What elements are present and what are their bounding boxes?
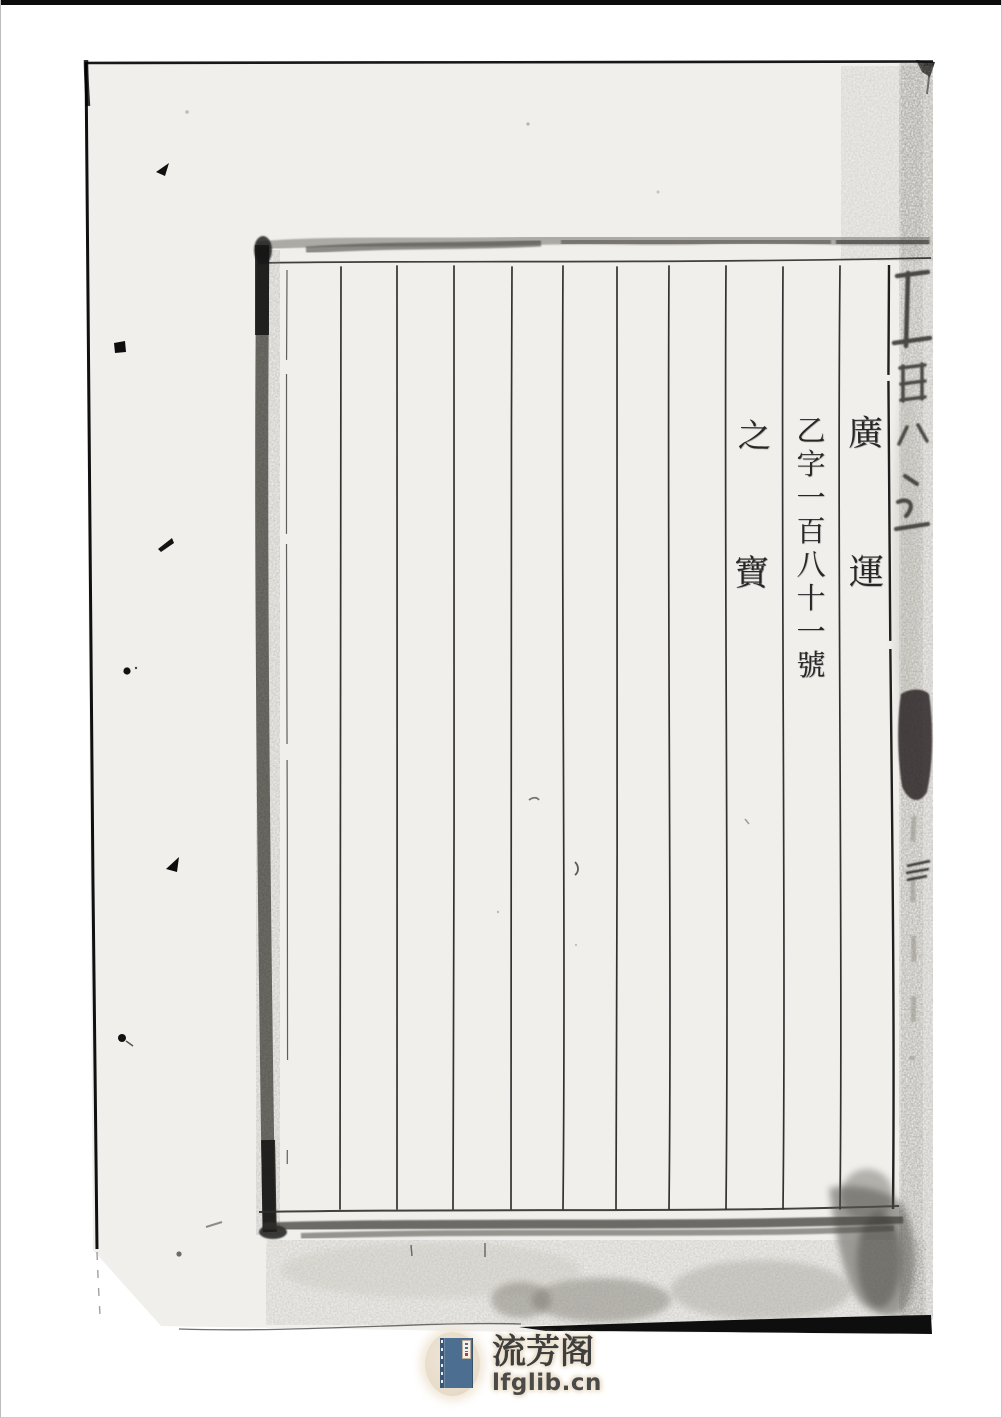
scan-artifacts-layer — [1, 0, 1002, 1418]
book-title-label — [462, 1340, 471, 1359]
seal-char-yun: 運 — [849, 556, 884, 591]
seal-char-guang: 廣 — [848, 417, 884, 453]
seal-char-zhi: 之 — [738, 419, 772, 453]
ruled-grid-frame — [254, 236, 931, 1239]
ink-specks — [114, 110, 749, 1256]
watermark-texts: 流芳阁 lfglib.cn — [492, 1332, 602, 1395]
site-watermark: 流芳阁 lfglib.cn — [425, 1332, 602, 1396]
watermark-site-name: 流芳阁 — [492, 1335, 602, 1369]
scanned-document-image: 廣 運 乙字一百八十一號 之 寶 流芳阁 lfglib.cn — [0, 0, 1002, 1418]
grid-column-lines — [340, 266, 841, 1209]
seal-number-column: 乙字一百八十一號 — [794, 415, 824, 715]
seal-char-bao: 寶 — [734, 557, 769, 592]
watermark-circle — [425, 1332, 480, 1396]
watermark-site-url: lfglib.cn — [492, 1372, 602, 1395]
thread-bound-book-icon — [440, 1338, 473, 1388]
bottom-grunge — [179, 1240, 932, 1334]
